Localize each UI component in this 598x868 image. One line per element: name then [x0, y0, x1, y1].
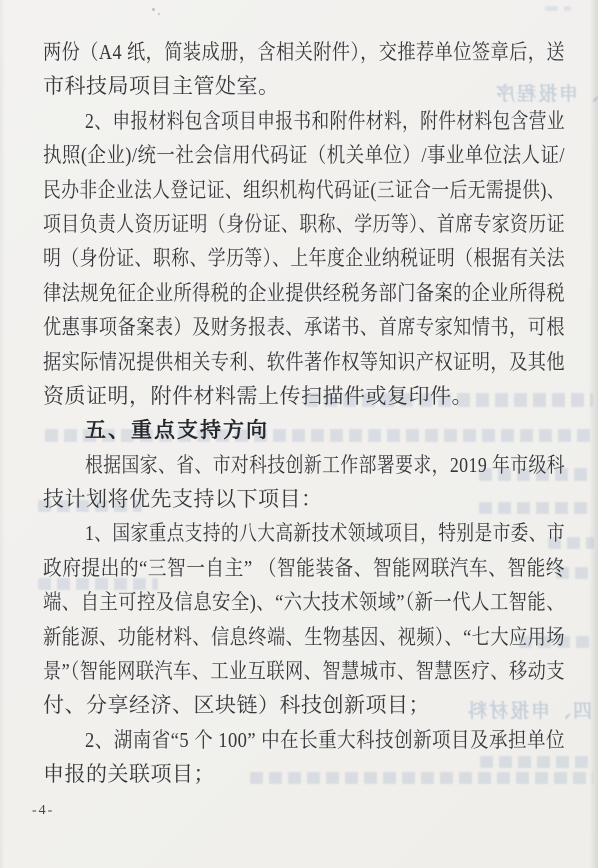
scan-speck — [152, 8, 155, 11]
text-line: 申报的关联项目； — [43, 757, 565, 791]
document-page: 三、申报程序 四、申报材料 两份（A4 纸，简装成册，含相关附件），交推荐单位签… — [0, 0, 598, 868]
document-body: 两份（A4 纸，简装成册，含相关附件），交推荐单位签章后，送 市科技局项目主管处… — [43, 35, 565, 792]
text-line: 执照(企业)/统一社会信用代码证（机关单位）/事业单位法人证/ — [43, 138, 565, 172]
text-line: 景”（智能网联汽车、工业互联网、智慧城市、智慧医疗、移动支 — [43, 654, 565, 688]
page-edge-shadow — [0, 0, 5, 868]
text-line: 据实际情况提供相关专利、软件著作权等知识产权证明，及其他 — [43, 345, 565, 379]
text-line: 技计划将优先支持以下项目： — [43, 482, 565, 516]
text-line: 项目负责人资历证明（身份证、职称、学历等）、首席专家资历证 — [43, 207, 565, 241]
scan-speck — [158, 13, 160, 15]
text-line: 政府提出的“三智一自主” （智能装备、智能网联汽车、智能终 — [43, 551, 565, 585]
page-number: -4- — [32, 803, 54, 819]
text-line: 付、分享经济、区块链）科技创新项目； — [43, 688, 565, 722]
text-line: 端、自主可控及信息安全)、“六大技术领域”（新一代人工智能、 — [43, 585, 565, 619]
bleed-through-mark — [545, 6, 571, 11]
text-line: 优惠事项备案表）及财务报表、承诺书、首席专家知情书，可根 — [43, 310, 565, 344]
text-line: 明（身份证、职称、学历等）、上年度企业纳税证明（根据有关法 — [43, 241, 565, 275]
text-line: 新能源、功能材料、信息终端、生物基因、视频）、“七大应用场 — [43, 620, 565, 654]
text-line: 律法规免征企业所得税的企业提供经税务部门备案的企业所得税 — [43, 276, 565, 310]
text-line: 民办非企业法人登记证、组织机构代码证(三证合一后无需提供)、 — [43, 173, 565, 207]
page-edge-shadow — [589, 0, 598, 868]
text-line: 2、申报材料包含项目申报书和附件材料，附件材料包含营业 — [43, 104, 565, 138]
text-line: 根据国家、省、市对科技创新工作部署要求，2019 年市级科 — [43, 448, 565, 482]
section-heading: 五、重点支持方向 — [43, 413, 565, 447]
text-line: 1、国家重点支持的八大高新技术领域项目，特别是市委、市 — [43, 516, 565, 550]
text-line: 市科技局项目主管处室。 — [43, 69, 565, 103]
text-line: 2、湖南省“5 个 100” 中在长重大科技创新项目及承担单位 — [43, 723, 565, 757]
text-line: 资质证明，附件材料需上传扫描件或复印件。 — [43, 379, 565, 413]
text-line: 两份（A4 纸，简装成册，含相关附件），交推荐单位签章后，送 — [43, 35, 565, 69]
